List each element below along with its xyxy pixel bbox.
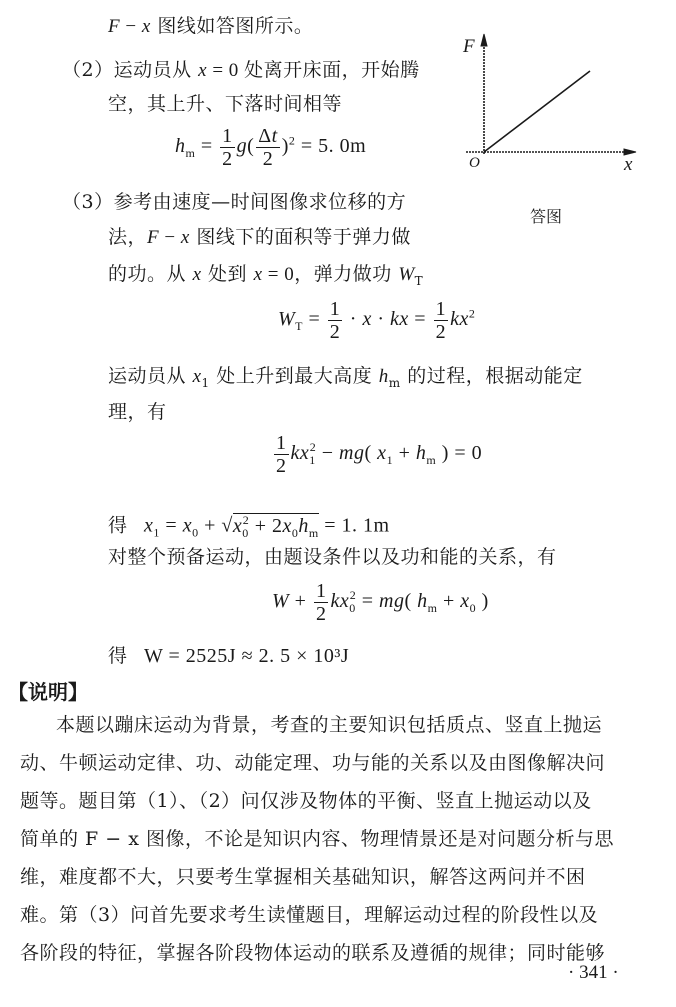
paragraph-line: 简单的 F − x 图像，不论是知识内容、物理情景还是对问题分析与思: [20, 827, 614, 851]
figure-caption: 答图: [530, 204, 562, 227]
equation-kinetic-energy: 12kx12 − mg( x1 + hm ) = 0: [272, 432, 482, 477]
fx-line: [484, 71, 590, 152]
y-axis-label: F: [462, 36, 475, 57]
text-line-fx-graph: F − x 图线如答图所示。: [108, 14, 313, 39]
part-2-line-2: 空，其上升、下落时间相等: [108, 92, 342, 116]
paragraph-line: 对整个预备运动，由题设条件以及功和能的关系，有: [108, 545, 557, 569]
y-axis-arrow-icon: [481, 34, 487, 46]
part-2-line-1: （2）运动员从 x = 0 处离开床面，开始腾: [62, 58, 420, 83]
x-axis-label: x: [623, 154, 633, 175]
paragraph-line: 理，有: [108, 400, 167, 424]
paragraph-line: 难。第（3）问首先要求考生读懂题目，理解运动过程的阶段性以及: [20, 903, 598, 927]
paragraph-line: 维，难度都不大，只要考生掌握相关基础知识，解答这两问并不困: [20, 865, 586, 889]
part-number: （3）: [62, 191, 114, 213]
page-number: · 341 ·: [568, 962, 619, 984]
part-3-line-3: 的功。从 x 处到 x = 0，弹力做功 WT: [108, 262, 423, 293]
paragraph-line: 题等。题目第（1）、（2）问仅涉及物体的平衡、竖直上抛运动以及: [20, 789, 592, 813]
fx-graph-figure: F O x: [455, 28, 655, 178]
paragraph-line: 各阶段的特征，掌握各阶段物体运动的联系及遵循的规律；同时能够: [20, 941, 605, 965]
part-3-line-1: （3）参考由速度—时间图像求位移的方: [62, 190, 406, 214]
text: 图线如答图所示。: [157, 15, 313, 37]
paragraph-line: 动、牛顿运动定律、功、动能定理、功与能的关系以及由图像解决问: [20, 751, 605, 775]
paragraph-line: 运动员从 x1 处上升到最大高度 hm 的过程，根据动能定: [108, 364, 583, 395]
paragraph-line: 本题以蹦床运动为背景，考查的主要知识包括质点、竖直上抛运: [56, 713, 602, 737]
part-3-line-2: 法，F − x 图线下的面积等于弹力做: [108, 225, 411, 250]
part-number: （2）: [62, 59, 114, 81]
equation-wt: WT = 12 · x · kx = 12kx2: [278, 298, 475, 343]
equation-hm: hm = 12g(Δt2)2 = 5. 0m: [175, 125, 366, 170]
equation-result: 得 W = 2525J ≈ 2. 5 × 10³J: [108, 644, 349, 668]
origin-label: O: [469, 155, 480, 171]
equation-x1: 得 x1 = x0 + √x02 + 2x0hm = 1. 1m: [108, 508, 390, 545]
section-header: 【说明】: [8, 676, 88, 705]
equation-work: W + 12kx02 = mg( hm + x0 ): [272, 580, 489, 625]
